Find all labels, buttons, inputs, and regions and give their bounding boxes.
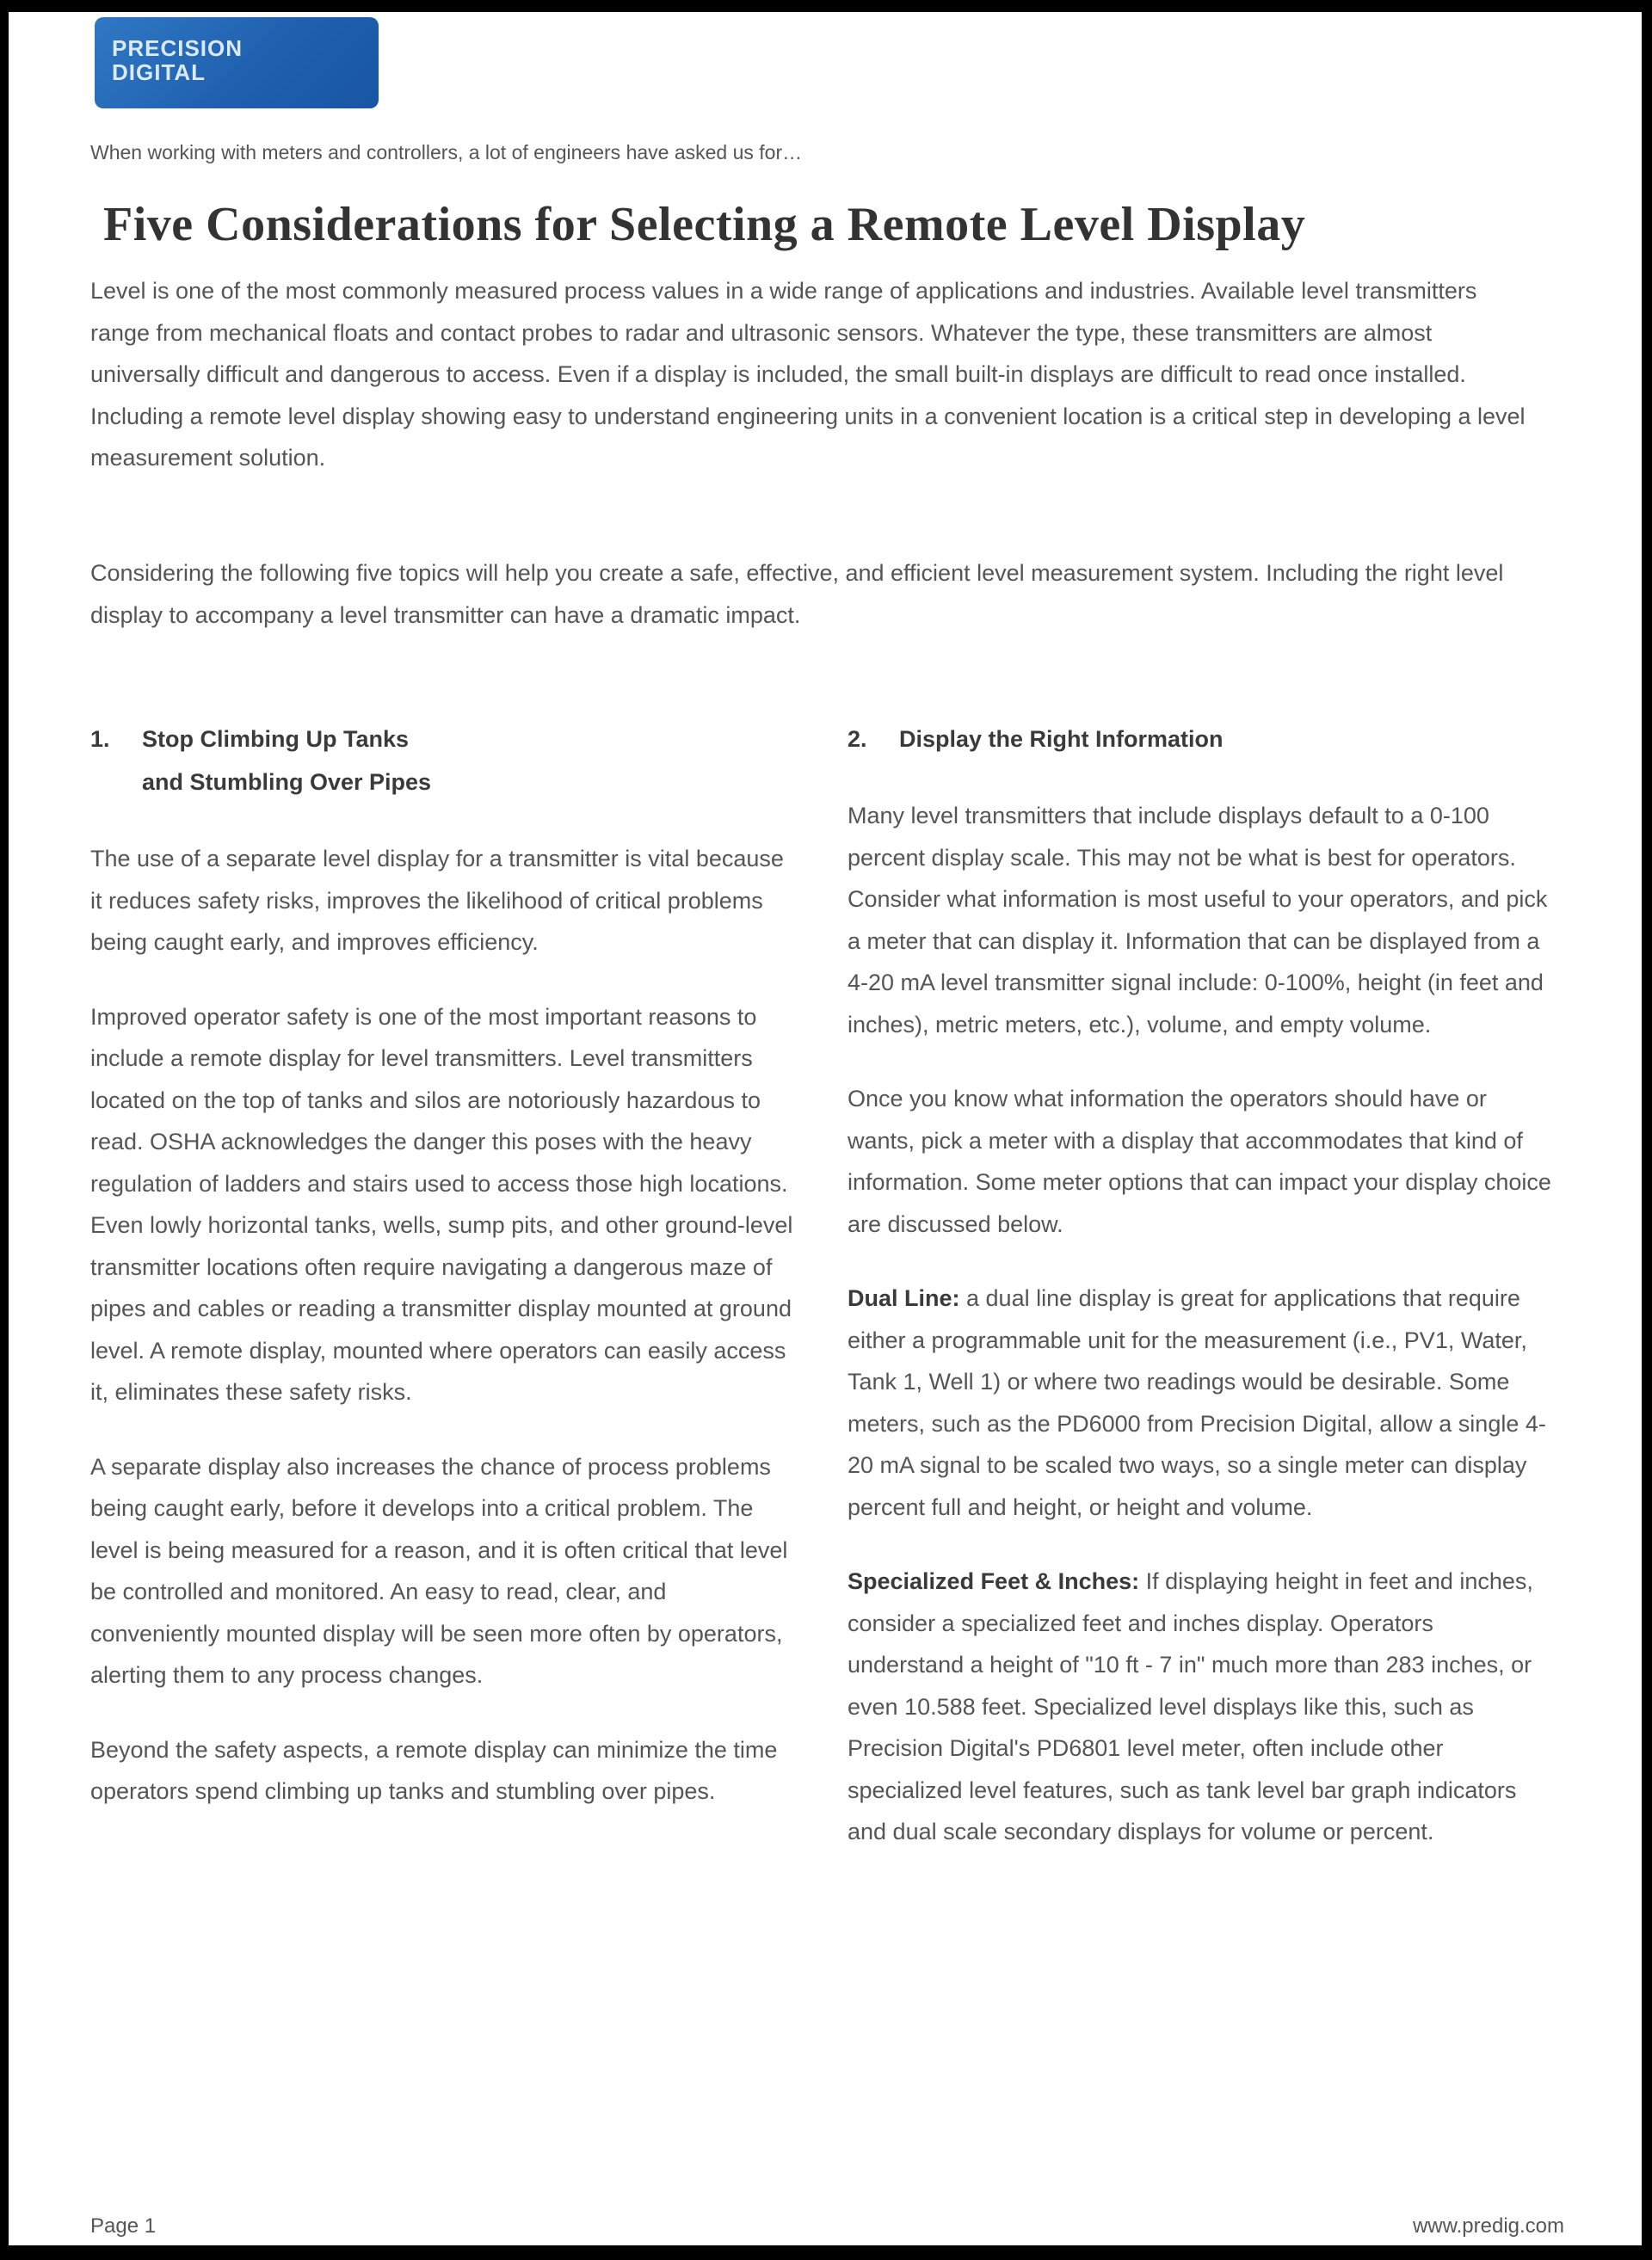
section-1-number: 1.: [90, 717, 142, 761]
website-link[interactable]: www.predig.com: [1413, 2214, 1564, 2238]
paragraph-text: Once you know what information the opera…: [848, 1086, 1551, 1237]
right-column: 2.Display the Right Information Many lev…: [848, 717, 1553, 1886]
section-2-number: 2.: [848, 717, 899, 761]
company-logo: PRECISION DIGITAL: [95, 17, 379, 108]
section-2-heading: 2.Display the Right Information: [848, 717, 1553, 761]
paragraph-lead: Specialized Feet & Inches:: [848, 1568, 1139, 1594]
paragraph-lead: Dual Line:: [848, 1285, 960, 1311]
intro-line: When working with meters and controllers…: [90, 141, 802, 164]
section-2-paragraph: Many level transmitters that include dis…: [848, 795, 1553, 1045]
paragraph-text: Many level transmitters that include dis…: [848, 803, 1547, 1038]
lead-paragraph-2: Considering the following five topics wi…: [90, 552, 1536, 636]
section-2-paragraph: Once you know what information the opera…: [848, 1078, 1553, 1245]
section-2-paragraph: Specialized Feet & Inches: If displaying…: [848, 1561, 1553, 1853]
section-1-heading-line-1: Stop Climbing Up Tanks: [142, 726, 409, 752]
section-1-heading: 1.Stop Climbing Up Tanks and Stumbling O…: [90, 717, 796, 804]
paragraph-text: a dual line display is great for applica…: [848, 1285, 1546, 1520]
section-2-heading-text: Display the Right Information: [899, 726, 1224, 752]
page-title: Five Considerations for Selecting a Remo…: [103, 197, 1305, 252]
logo-line-2: DIGITAL: [112, 60, 361, 84]
section-1-paragraph: Improved operator safety is one of the m…: [90, 996, 796, 1413]
section-2-paragraph: Dual Line: a dual line display is great …: [848, 1278, 1553, 1528]
lead-paragraph-1: Level is one of the most commonly measur…: [90, 270, 1536, 479]
section-1-paragraph: The use of a separate level display for …: [90, 838, 796, 964]
section-1-paragraph: A separate display also increases the ch…: [90, 1446, 796, 1697]
logo-line-1: PRECISION: [112, 35, 243, 61]
section-1-heading-line-2: and Stumbling Over Pipes: [90, 761, 796, 804]
section-1-paragraph: Beyond the safety aspects, a remote disp…: [90, 1729, 796, 1813]
left-column: 1.Stop Climbing Up Tanks and Stumbling O…: [90, 717, 796, 1845]
document-page: PRECISION DIGITAL When working with mete…: [9, 12, 1642, 2245]
page-number: Page 1: [90, 2214, 156, 2238]
paragraph-text: If displaying height in feet and inches,…: [848, 1568, 1533, 1844]
